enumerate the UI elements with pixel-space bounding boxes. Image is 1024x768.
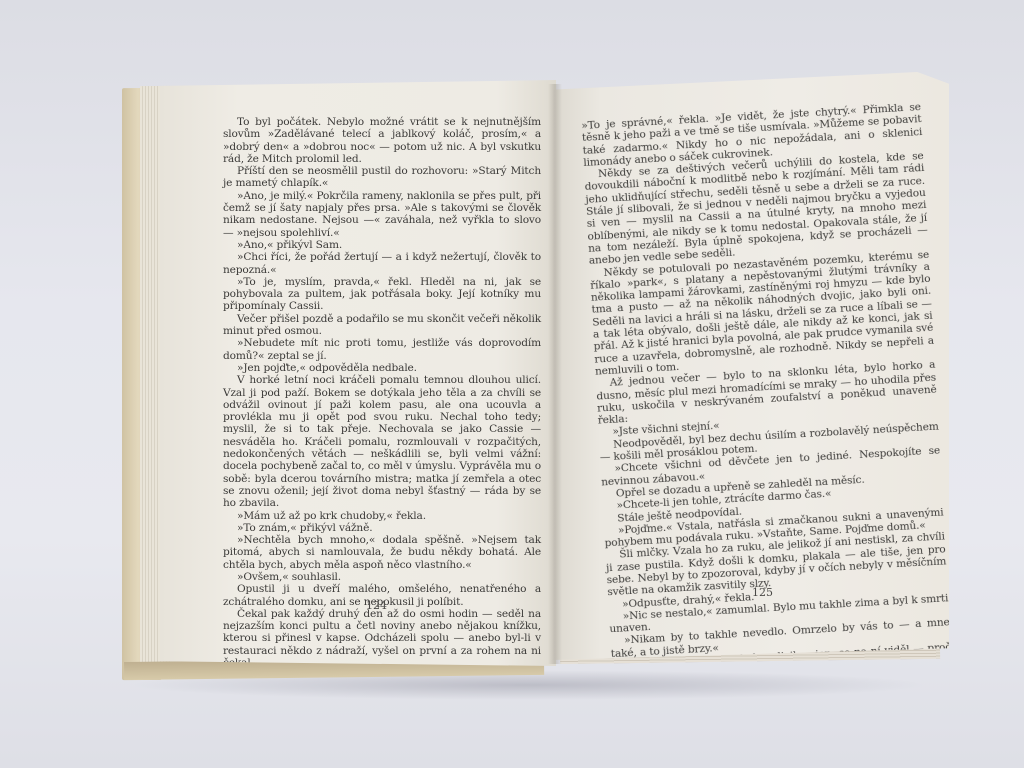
paragraph: Příští den se neosmělil pustil do rozhov… bbox=[223, 165, 541, 190]
paragraph: »Chci říci, že pořád žertují — a i když … bbox=[223, 251, 541, 276]
left-page-text: To byl počátek. Nebylo možné vrátit se k… bbox=[223, 116, 541, 666]
paragraph: Někdy se za deštivých večerů uchýlili do… bbox=[584, 150, 929, 267]
book-gutter bbox=[548, 84, 562, 664]
paragraph: V horké letní noci kráčeli pomalu temnou… bbox=[223, 374, 541, 509]
paragraph: Někdy se potulovali po nezastavěném poze… bbox=[589, 248, 935, 377]
left-page: To byl počátek. Nebylo možné vrátit se k… bbox=[160, 80, 556, 666]
right-page-text: »To je správné,« řekla. »Je vidět, že js… bbox=[581, 101, 949, 660]
paragraph: Čekal pak každý druhý den až do osmi hod… bbox=[223, 608, 541, 666]
paragraph: Večer přišel pozdě a podařilo se mu skon… bbox=[223, 313, 541, 338]
paragraph: »To znám,« přikývl vážně. bbox=[223, 522, 541, 534]
page-number-right: 125 bbox=[752, 586, 773, 599]
paragraph: »To je, myslím, pravda,« řekl. Hleděl na… bbox=[223, 276, 541, 313]
paragraph: »Jen pojďte,« odpověděla nedbale. bbox=[223, 362, 541, 374]
paragraph: »Nechtěla bych mnoho,« dodala spěšně. »N… bbox=[223, 534, 541, 571]
paragraph: To byl počátek. Nebylo možné vrátit se k… bbox=[223, 116, 541, 165]
paragraph: »Ovšem,« souhlasil. bbox=[223, 571, 541, 583]
paragraph: »Ano,« přikývl Sam. bbox=[223, 239, 541, 251]
page-number-left: 124 bbox=[366, 599, 387, 612]
paragraph: »Nebudete mít nic proti tomu, jestliže v… bbox=[223, 337, 541, 362]
paragraph: »Mám už až po krk chudoby,« řekla. bbox=[223, 510, 541, 522]
right-page: »To je správné,« řekla. »Je vidět, že js… bbox=[553, 72, 949, 660]
paragraph: »Ano, je milý.« Pokrčila rameny, nakloni… bbox=[223, 190, 541, 239]
